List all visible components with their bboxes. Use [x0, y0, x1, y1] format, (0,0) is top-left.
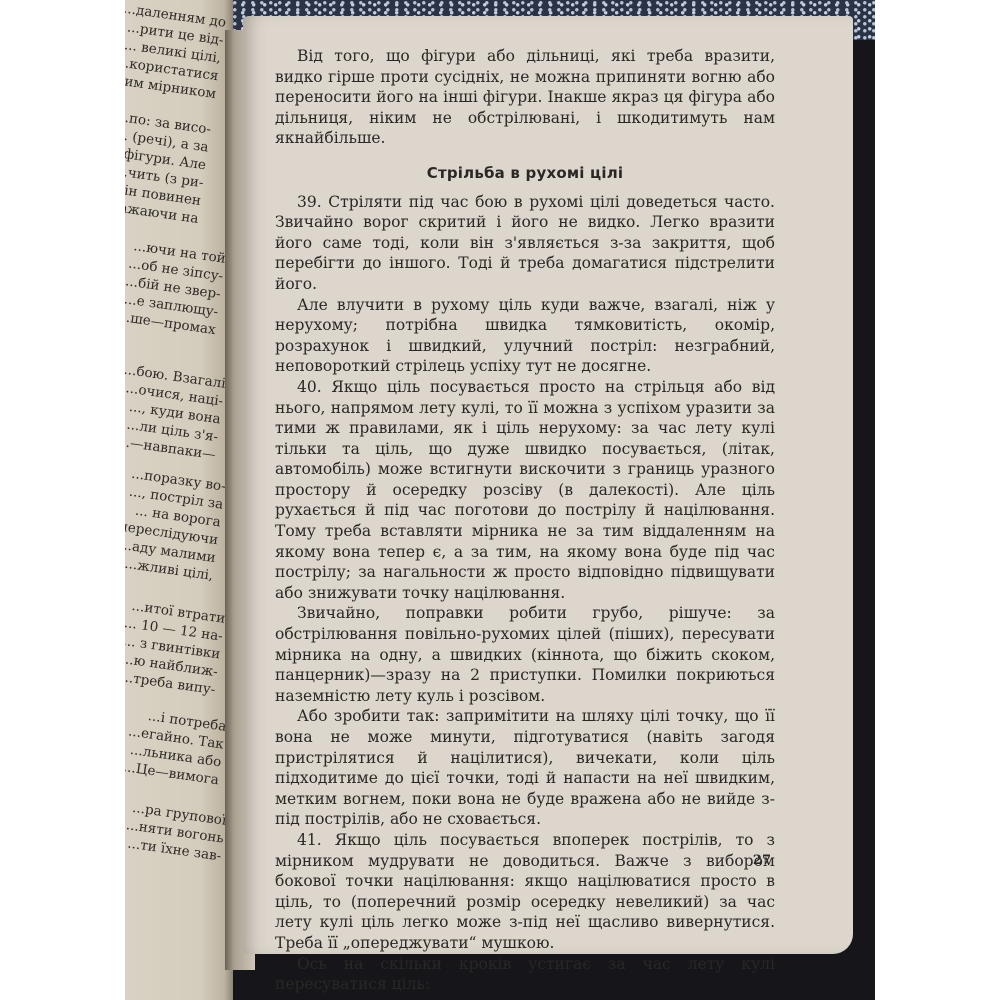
section-heading: Стрільба в рухомі цілі	[275, 163, 775, 184]
left-page-text-fragments: ...ра групової ...няти вогонь ...ти їхне…	[125, 798, 227, 865]
paragraph: 41. Якщо ціль посувається впоперек постр…	[275, 830, 775, 954]
book-photo: ...даленням до ...рити це від- ... велик…	[125, 0, 875, 1000]
paragraph: 40. Якщо ціль посувається просто на стрі…	[275, 377, 775, 604]
paragraph: Від того, що фігури або дільниці, які тр…	[275, 46, 775, 149]
right-page: Від того, що фігури або дільниці, які тр…	[243, 16, 853, 954]
left-page: ...даленням до ...рити це від- ... велик…	[125, 0, 233, 1000]
left-page-text-fragments: ...даленням до ...рити це від- ... велик…	[125, 0, 227, 228]
paragraph: 39. Стріляти під час бою в рухомі цілі д…	[275, 192, 775, 295]
paragraph: Або зробити так: запримітити на шляху ці…	[275, 706, 775, 830]
left-page-text-fragments: ...ючи на той ...об не зіпсу- ...бій не …	[125, 236, 227, 339]
paragraph: Звичайно, поправки робити грубо, рішуче:…	[275, 603, 775, 706]
left-page-text-fragments: ...бою. Взагалі ...очися, наці- ..., куд…	[125, 361, 227, 464]
left-page-text-fragments: ...итої втрати ... 10 — 12 на- ... з гви…	[125, 596, 227, 699]
paragraph: Але влучити в рухому ціль куди важче, вз…	[275, 295, 775, 377]
left-page-text-fragments: ...і потреба ...егайно. Так ...льника аб…	[125, 705, 227, 790]
page-number: 27	[753, 853, 771, 868]
left-page-text-fragments: ...поразку во- ..., постріл за ... на во…	[125, 462, 227, 585]
page-body: Від того, що фігури або дільниці, які тр…	[275, 46, 775, 995]
paragraph: Ось на скільки кроків устигає за час лет…	[275, 954, 775, 995]
